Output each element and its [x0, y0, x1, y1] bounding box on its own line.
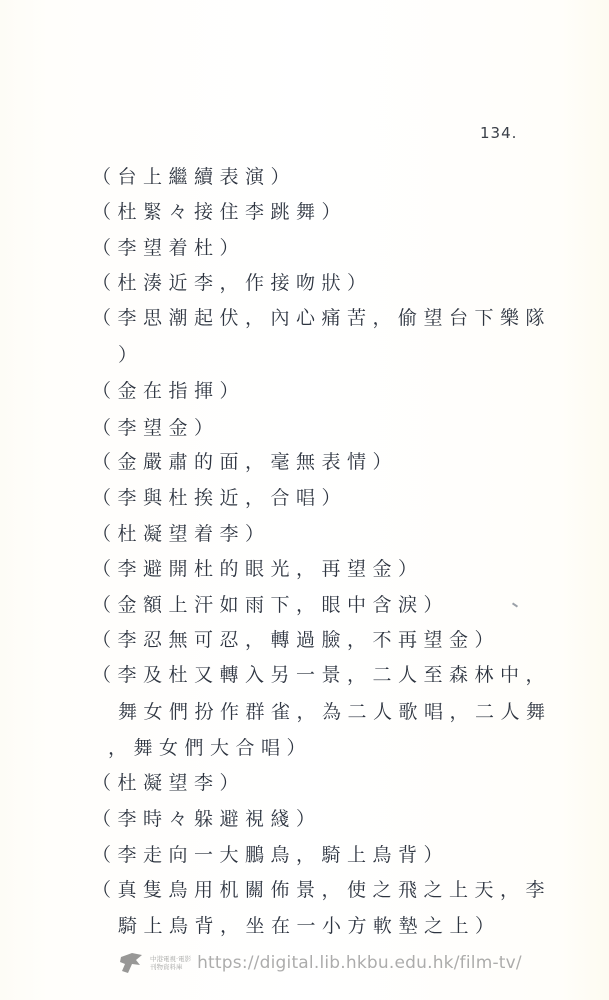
script-line: ，舞女們大合唱）: [108, 733, 312, 760]
script-line: （杜凝望李）: [92, 768, 245, 795]
script-line: （台上繼續表演）: [92, 162, 296, 189]
script-line: （李望着杜）: [92, 233, 245, 260]
script-line: （李與杜挨近，合唱）: [92, 483, 347, 510]
script-line: （李思潮起伏，內心痛苦，偷望台下樂隊: [92, 303, 551, 330]
script-line: （李走向一大鵬鳥，騎上鳥背）: [92, 840, 449, 867]
archive-url[interactable]: https://digital.lib.hkbu.edu.hk/film-tv/: [197, 953, 522, 973]
archive-name: 中港電視·電影 刊物資料庫: [150, 955, 191, 971]
page-number: 134.: [480, 124, 517, 142]
script-line: （李望金）: [92, 413, 220, 440]
script-line: （金在指揮）: [92, 376, 245, 403]
script-line: 騎上鳥背，坐在一小方軟墊之上）: [118, 911, 501, 938]
document-page: 134. （台上繼續表演） （杜緊々接住李跳舞） （李望着杜） （杜湊近李，作接…: [0, 0, 609, 1000]
script-line: （杜凝望着李）: [92, 519, 271, 546]
script-line: （杜湊近李，作接吻狀）: [92, 268, 373, 295]
film-archive-logo-icon: [118, 951, 144, 975]
script-line: （真隻鳥用机關佈景，使之飛之上天，李: [92, 875, 551, 902]
script-line: ）: [118, 340, 144, 367]
archive-watermark: 中港電視·電影 刊物資料庫 https://digital.lib.hkbu.e…: [118, 951, 522, 975]
script-line: （李忍無可忍，轉過臉，不再望金）: [92, 625, 500, 652]
script-line: （杜緊々接住李跳舞）: [92, 197, 347, 224]
stray-pen-mark: [512, 602, 518, 607]
script-line: （李時々躲避視綫）: [92, 804, 322, 831]
archive-name-line1: 中港電視·電影: [150, 955, 191, 963]
script-line: （李避開杜的眼光，再望金）: [92, 554, 424, 581]
script-line: 舞女們扮作群雀，為二人歌唱，二人舞: [118, 697, 552, 724]
script-line: （金額上汗如雨下，眼中含淚）: [92, 590, 449, 617]
script-line: （李及杜又轉入另一景，二人至森林中，: [92, 660, 551, 687]
archive-name-line2: 刊物資料庫: [150, 963, 191, 971]
script-line: （金嚴肅的面，毫無表情）: [92, 447, 398, 474]
